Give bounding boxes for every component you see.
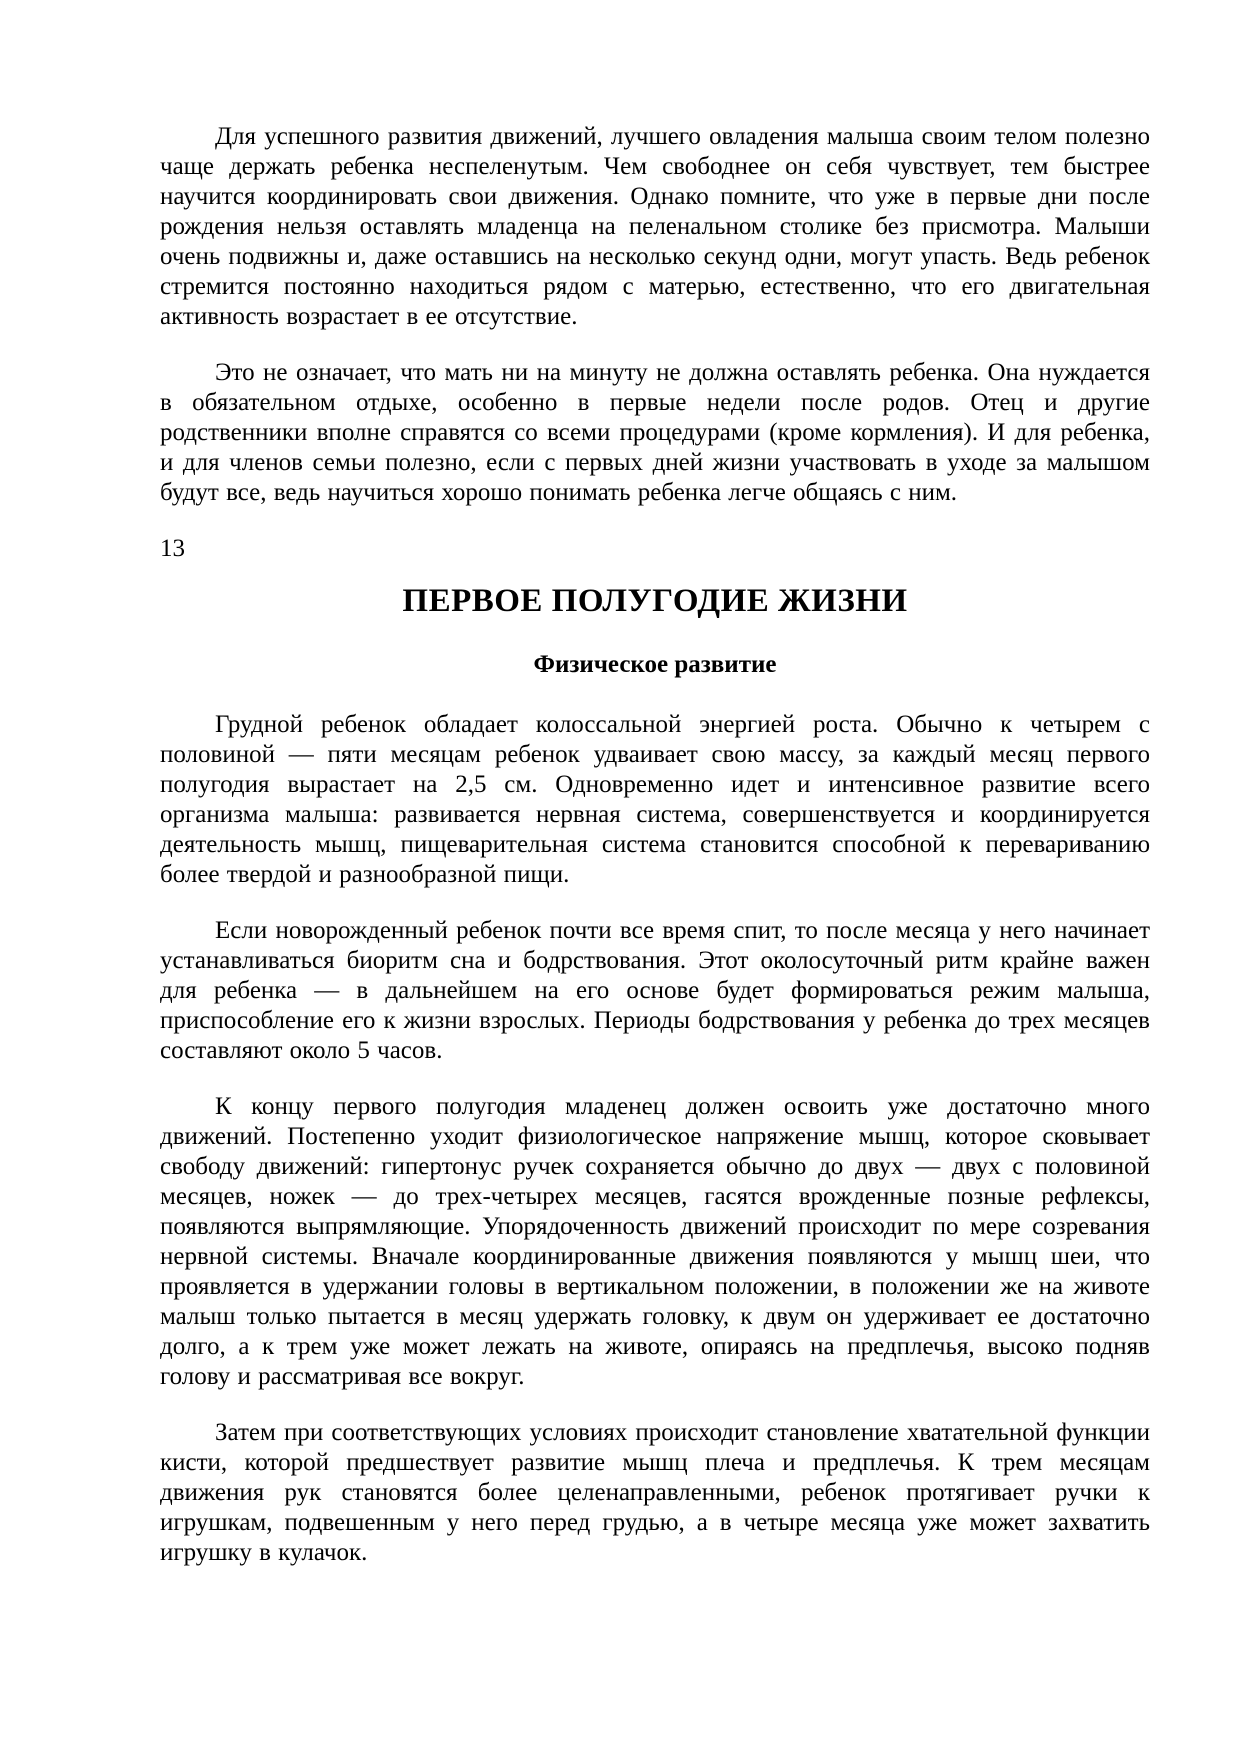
subsection-heading: Физическое развитие xyxy=(160,650,1150,680)
document-page: Для успешного развития движений, лучшего… xyxy=(0,0,1240,1754)
section-heading: ПЕРВОЕ ПОЛУГОДИЕ ЖИЗНИ xyxy=(160,582,1150,620)
section-paragraph-4: Затем при соответствующих условиях проис… xyxy=(160,1418,1150,1568)
section-paragraph-3: К концу первого полугодия младенец долже… xyxy=(160,1092,1150,1392)
page-number: 13 xyxy=(160,534,1150,564)
section-paragraph-2: Если новорожденный ребенок почти все вре… xyxy=(160,916,1150,1066)
section-paragraph-1: Грудной ребенок обладает колоссальной эн… xyxy=(160,710,1150,890)
intro-paragraph-2: Это не означает, что мать ни на минуту н… xyxy=(160,358,1150,508)
intro-paragraph-1: Для успешного развития движений, лучшего… xyxy=(160,122,1150,332)
